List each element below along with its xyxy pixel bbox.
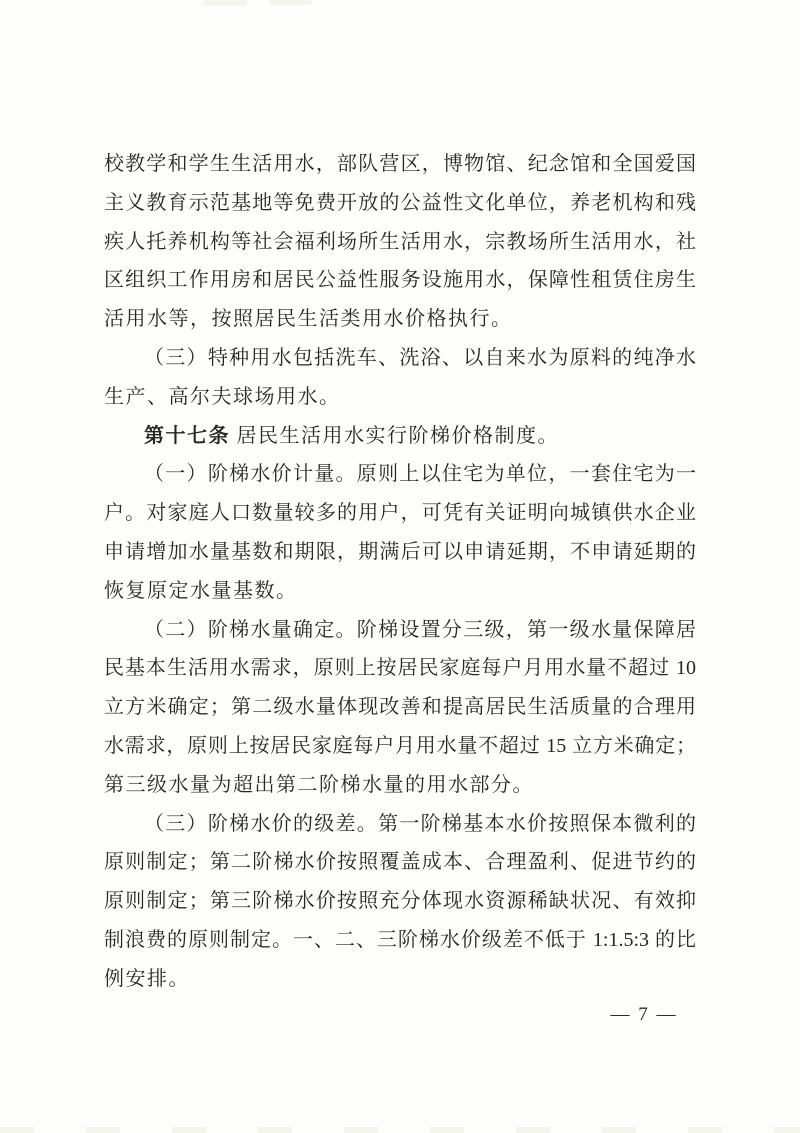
- text-line: 生产、高尔夫球场用水。: [104, 378, 696, 417]
- text-segment: 原则制定；第二阶梯水价按照覆盖成本、合理盈利、促进节约的: [104, 851, 696, 873]
- text-line: 原则制定；第三阶梯水价按照充分体现水资源稀缺状况、有效抑: [104, 882, 696, 921]
- text-line: 立方米确定；第二级水量体现改善和提高居民生活质量的合理用: [104, 688, 696, 727]
- text-segment: 居民生活用水实行阶梯价格制度。: [230, 425, 559, 447]
- scan-artifact-top-left: [203, 0, 247, 6]
- text-segment: 户。对家庭人口数量较多的用户，可凭有关证明向城镇供水企业: [104, 502, 696, 524]
- text-line: 恢复原定水量基数。: [104, 572, 696, 611]
- text-segment: （一）阶梯水价计量。原则上以住宅为单位，一套住宅为一: [144, 463, 696, 485]
- text-segment: 活用水等，按照居民生活类用水价格执行。: [104, 308, 513, 330]
- text-segment: 主义教育示范基地等免费开放的公益性文化单位，养老机构和残: [104, 192, 696, 214]
- scan-artifact-top-right: [270, 0, 312, 5]
- text-segment: 第三级水量为超出第二阶梯水量的用水部分。: [104, 774, 534, 796]
- article-number-label: 第十七条: [144, 425, 230, 447]
- text-line: 例安排。: [104, 960, 696, 999]
- text-segment: 校教学和学生生活用水，部队营区，博物馆、纪念馆和全国爱国: [104, 153, 696, 175]
- text-line: 主义教育示范基地等免费开放的公益性文化单位，养老机构和残: [104, 184, 696, 223]
- text-line: 区组织工作用房和居民公益性服务设施用水，保障性租赁住房生: [104, 261, 696, 300]
- text-line: 户。对家庭人口数量较多的用户，可凭有关证明向城镇供水企业: [104, 494, 696, 533]
- text-segment: （三）特种用水包括洗车、洗浴、以自来水为原料的纯净水: [144, 347, 696, 369]
- scan-artifact-bottom-edge: [0, 1127, 800, 1133]
- text-line: 制浪费的原则制定。一、二、三阶梯水价级差不低于 1:1.5:3 的比: [104, 921, 696, 960]
- text-line: 第十七条 居民生活用水实行阶梯价格制度。: [104, 417, 696, 456]
- text-segment: 水需求，原则上按居民家庭每户月用水量不超过 15 立方米确定；: [104, 735, 696, 757]
- text-segment: 申请增加水量基数和期限，期满后可以申请延期，不申请延期的: [104, 541, 696, 563]
- text-line: （二）阶梯水量确定。阶梯设置分三级，第一级水量保障居: [104, 611, 696, 650]
- text-line: （三）特种用水包括洗车、洗浴、以自来水为原料的纯净水: [104, 339, 696, 378]
- text-segment: 疾人托养机构等社会福利场所生活用水，宗教场所生活用水，社: [104, 231, 696, 253]
- text-segment: 恢复原定水量基数。: [104, 580, 298, 602]
- text-line: （三）阶梯水价的级差。第一阶梯基本水价按照保本微利的: [104, 805, 696, 844]
- text-line: 疾人托养机构等社会福利场所生活用水，宗教场所生活用水，社: [104, 223, 696, 262]
- text-segment: 区组织工作用房和居民公益性服务设施用水，保障性租赁住房生: [104, 269, 696, 291]
- text-segment: 生产、高尔夫球场用水。: [104, 386, 341, 408]
- text-line: 水需求，原则上按居民家庭每户月用水量不超过 15 立方米确定；: [104, 727, 696, 766]
- text-line: 申请增加水量基数和期限，期满后可以申请延期，不申请延期的: [104, 533, 696, 572]
- document-lines: 校教学和学生生活用水，部队营区，博物馆、纪念馆和全国爱国主义教育示范基地等免费开…: [104, 145, 696, 999]
- text-line: 校教学和学生生活用水，部队营区，博物馆、纪念馆和全国爱国: [104, 145, 696, 184]
- text-line: 活用水等，按照居民生活类用水价格执行。: [104, 300, 696, 339]
- text-line: 第三级水量为超出第二阶梯水量的用水部分。: [104, 766, 696, 805]
- text-segment: 例安排。: [104, 968, 190, 990]
- text-segment: 立方米确定；第二级水量体现改善和提高居民生活质量的合理用: [104, 696, 696, 718]
- text-segment: 原则制定；第三阶梯水价按照充分体现水资源稀缺状况、有效抑: [104, 890, 696, 912]
- document-page: 校教学和学生生活用水，部队营区，博物馆、纪念馆和全国爱国主义教育示范基地等免费开…: [0, 0, 800, 1133]
- text-segment: 制浪费的原则制定。一、二、三阶梯水价级差不低于 1:1.5:3 的比: [104, 929, 696, 951]
- text-line: 原则制定；第二阶梯水价按照覆盖成本、合理盈利、促进节约的: [104, 843, 696, 882]
- page-number: — 7 —: [604, 1000, 684, 1030]
- text-line: （一）阶梯水价计量。原则上以住宅为单位，一套住宅为一: [104, 455, 696, 494]
- text-segment: （二）阶梯水量确定。阶梯设置分三级，第一级水量保障居: [144, 619, 696, 641]
- text-segment: （三）阶梯水价的级差。第一阶梯基本水价按照保本微利的: [144, 813, 696, 835]
- text-line: 民基本生活用水需求，原则上按居民家庭每户月用水量不超过 10: [104, 649, 696, 688]
- text-segment: 民基本生活用水需求，原则上按居民家庭每户月用水量不超过 10: [104, 657, 696, 679]
